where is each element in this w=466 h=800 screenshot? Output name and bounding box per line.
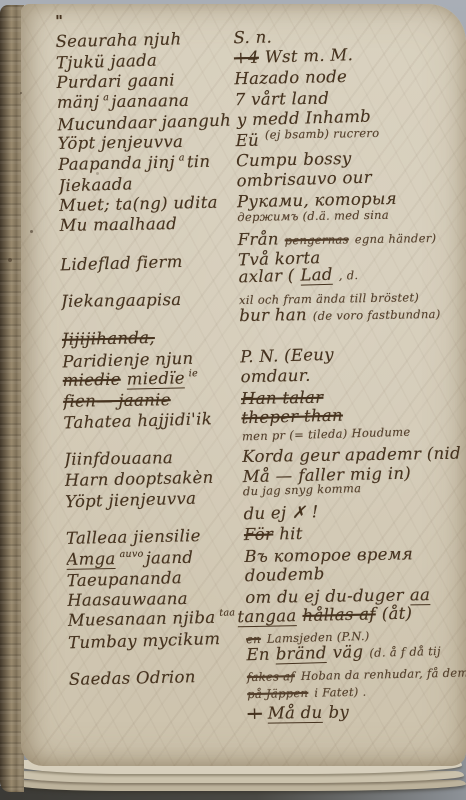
word-segment: 7 vårt land [235,89,330,109]
gloss: Korda geur apademr (nid det [242,444,466,466]
gloss: hållas af(åt) [302,605,418,625]
native-word [70,719,248,722]
word-segment: +4 [234,48,259,68]
gloss: +4Wst m. M. [234,46,360,67]
word-segment: (d. å f då tij [369,644,441,660]
gloss-row: doudemb [245,565,331,585]
word-segment: , d. [339,269,359,284]
gloss: 7 vårt land [235,90,336,109]
gloss: fakes afHoban da renhudar, få dempå Jäpp… [247,662,466,702]
gloss-row: axlar (Lad, d. [238,266,364,287]
notebook-page: "Seauraha njuhS. n.Tjukü jaada+4Wst m. M… [21,4,466,766]
word-segment: (de voro fastbundna) [313,308,441,324]
word-segment: mänj [57,93,100,113]
word-segment: jaanaana [111,91,189,111]
word-segment: Yöpt jienjeuvva [65,489,197,512]
handwriting-lines: "Seauraha njuhS. n.Tjukü jaada+4Wst m. M… [55,6,466,762]
manuscript-line: Tahatea hajjidi'iktheper thanmen pr (= t… [63,403,466,449]
native-word: Talleaa jiensilie [66,526,244,547]
word-segment: держимъ (d.ä. med sina [237,208,389,224]
word-segment: Må du [268,703,323,724]
gloss-row: P. N. (Eeuy [240,345,340,365]
word-segment: bur han [239,306,307,326]
word-segment: Wst m. M. [265,46,354,67]
word-segment: P. N. (Eeuy [240,344,334,366]
word-segment: Tahatea hajjidi'ik [63,409,212,432]
word-segment: Muesanaan njiba [68,608,216,630]
word-segment: axlar ( [238,267,294,288]
word-segment: Purdari gaani [56,70,175,91]
word-segment: väg [332,642,363,662]
native-word: Paapanda jinjatin [58,152,236,173]
native-word: Amgaauvojaand [66,548,244,568]
native-word: Tumbay mycikum [68,629,246,651]
gloss: omdaur. [240,367,316,386]
native-word: mänjajaanaana [57,92,235,112]
gloss-row: bur han(de voro fastbundna) [239,305,446,326]
native-word: Lideflad fierm [60,252,238,274]
word-segment: hållas af [302,604,376,625]
gloss: ombrisauvo our [236,169,378,190]
superscript-note: taa [219,607,235,618]
word-segment: tangaa [237,606,297,627]
word-segment: Seauraha njuh [55,29,181,51]
gloss: theper thanmen pr (= tileda) Houdume [241,405,416,445]
word-segment: Från [238,230,279,250]
word-segment: men pr (= tileda) Houdume [242,425,411,444]
native-word: Jiekangaapisa [61,290,239,310]
gloss: enLamsjeden (P.N.)Enbrändväg(d. å f då t… [246,623,447,664]
gloss-row: Han talar [241,388,330,407]
word-segment: i Fatet) . [314,685,367,700]
gloss-row: hållas af(åt) [302,605,418,625]
word-segment: Mu maalhaad [59,214,177,235]
native-word: Mu maalhaad [59,214,237,234]
gloss: держимъ (d.ä. med sinaFrånpengernasegna … [237,211,442,249]
word-segment: på Jäppen [247,686,308,701]
gloss: Cumpu bossy [236,150,358,170]
native-word: Yöpt jenjeuvva [58,133,236,153]
gloss-row: +4Wst m. M. [234,46,360,67]
gloss-row: Eü(ej bsamb) rucrero [236,130,386,150]
superscript-note: ie [189,368,198,379]
word-segment: En [246,645,270,665]
word-segment: Paapanda jinj [58,152,175,173]
word-segment: doudemb [245,564,325,585]
gloss: om du ej du-dugeraa [245,586,436,606]
manuscript-line: Yöpt jienjeuvvadu jag snyg kommadu ej ✗ … [65,482,466,528]
native-word: Saedas Odrion [69,667,247,688]
native-word: Taeupananda [67,567,245,589]
native-word: miediemiedïeie [63,368,241,389]
native-word: Tahatea hajjidi'ik [63,410,241,432]
word-segment: Yöpt jenjeuvva [58,132,184,153]
gloss-row: Въ которое время [244,545,419,565]
gloss-row: 7 vårt land [235,90,336,109]
ink-speck [96,172,99,175]
word-segment: Jiekaada [58,175,133,196]
word-segment: du ej ✗ ! [243,503,318,524]
gloss-row: S. n. [233,28,278,46]
word-segment: en [246,631,261,645]
manuscript-line: Saedas Odrionfakes afHoban da renhudar, … [69,662,466,705]
manuscript-line: Lideflad fiermTvå kortaaxlar (Lad, d. [60,245,464,291]
word-segment: Amga [66,549,115,570]
word-segment: (ej bsamb) rucrero [265,126,380,142]
gloss: Eü(ej bsamb) rucrero [236,130,386,150]
superscript-note: auvo [119,548,143,559]
word-segment: Jiekangaapisa [61,290,182,311]
word-segment: Muet; ta(ng) udita [59,193,218,215]
superscript-note: a [179,152,185,163]
word-segment: (åt) [382,604,413,624]
word-segment: ombrisauvo our [236,168,372,191]
word-segment: bränd [276,643,328,664]
word-segment: egna händer) [355,232,437,247]
word-segment: omdaur. [240,366,310,386]
gloss-row: men pr (= tileda) Houdume [242,422,417,444]
native-word: Jijijihanda, [62,327,240,348]
native-word: Haasauwaana [67,589,245,609]
word-segment: om du ej du-duger [245,585,404,606]
word-segment: S. n. [233,27,272,47]
word-segment: by [328,703,349,722]
native-word: Paridienje njun [62,348,240,370]
word-segment: Tjukü jaada [56,51,158,73]
word-segment: Jijijihanda, [62,328,155,349]
manuscript-photo: "Seauraha njuhS. n.Tjukü jaada+4Wst m. M… [0,0,466,800]
gloss: doudemb [245,565,331,585]
word-segment: Mucundaar jaanguh [57,110,231,134]
word-segment: + [248,704,262,723]
native-word: Seauraha njuh [55,29,233,50]
word-segment: Taeupananda [67,568,183,590]
gloss: xil och fram ända till bröstet)bur han(d… [239,287,447,325]
gloss: Въ которое время [244,545,419,565]
word-segment: Korda geur apademr (nid det [242,443,466,466]
word-segment: Saedas Odrion [69,667,196,689]
word-segment: hit [279,524,303,543]
native-word: Harn dooptsakèn [65,468,243,489]
word-segment: För [244,525,274,545]
gloss: Han talar [241,388,330,407]
native-word: " [55,11,233,30]
ink-speck [8,258,12,262]
word-segment: " [55,12,63,30]
word-segment: fien— jaanie [63,390,171,411]
gloss: P. N. (Eeuy [240,345,340,365]
native-word: Mucundaar jaanguh [57,111,237,133]
word-segment: aa [410,585,431,605]
word-segment: Hazado node [234,67,347,88]
gloss: du jag snyg kommadu ej ✗ ! [243,485,368,523]
gloss: Två kortaaxlar (Lad, d. [238,248,365,286]
gloss-row: Hazado node [234,68,353,88]
gloss-row: du ej ✗ ! [243,502,368,523]
native-word: Muesanaan njibataatangaa [68,607,303,629]
native-word: Muet; ta(ng) udita [59,193,237,214]
gloss-row: ombrisauvo our [236,169,378,190]
manuscript-line: Tumbay mycikumenLamsjeden (P.N.)Enbrändv… [68,623,466,669]
word-segment: Talleaa jiensilie [66,526,201,548]
word-segment: pengernas [285,233,349,248]
gloss-row: om du ej du-dugeraa [245,586,436,606]
gloss: S. n. [233,28,278,46]
manuscript-line: +Må duby [70,702,466,726]
native-word: Yöpt jienjeuvva [65,488,243,510]
superscript-note: a [103,93,109,104]
ink-speck [30,230,33,233]
native-word: Tjukü jaada [56,50,234,72]
word-segment: Han talar [241,387,324,407]
native-word: fien— jaanie [63,390,241,410]
gloss-row: +Må duby [248,704,356,723]
word-segment: Haasauwaana [67,588,188,609]
manuscript-line: Jiekangaapisaxil och fram ända till brös… [61,287,464,328]
word-segment: Cumpu bossy [236,149,352,170]
ink-speck [20,92,22,94]
word-segment: Paridienje njun [62,348,194,371]
word-segment: Lad [300,266,333,287]
word-segment: du jag snyg komma [243,481,362,498]
word-segment: Eü [236,131,260,150]
word-segment: tin [187,152,211,171]
gloss-row: Enbrändväg(d. å f då tij [246,641,447,664]
word-segment: Tumbay mycikum [68,629,221,652]
native-word: Purdari gaani [56,70,234,91]
gloss-row: Cumpu bossy [236,150,358,170]
gloss-row: Korda geur apademr (nid det [242,444,466,466]
gloss-row: omdaur. [240,367,316,386]
word-segment: fakes af [247,669,295,684]
gloss-row: på Jäppeni Fatet) . [247,679,466,701]
gloss: Förhit [244,525,309,544]
word-segment: miedie [62,370,120,390]
word-segment: jaand [146,547,194,567]
native-word: Jiinfdouaana [64,448,242,468]
gloss-row: Förhit [244,525,309,544]
gloss: Hazado node [234,68,353,88]
word-segment: Lideflad fierm [60,252,183,274]
word-segment: Jiinfdouaana [64,448,173,469]
gloss: +Må duby [248,704,356,723]
word-segment: Harn dooptsakèn [65,467,214,489]
word-segment: miedïe [127,369,185,390]
